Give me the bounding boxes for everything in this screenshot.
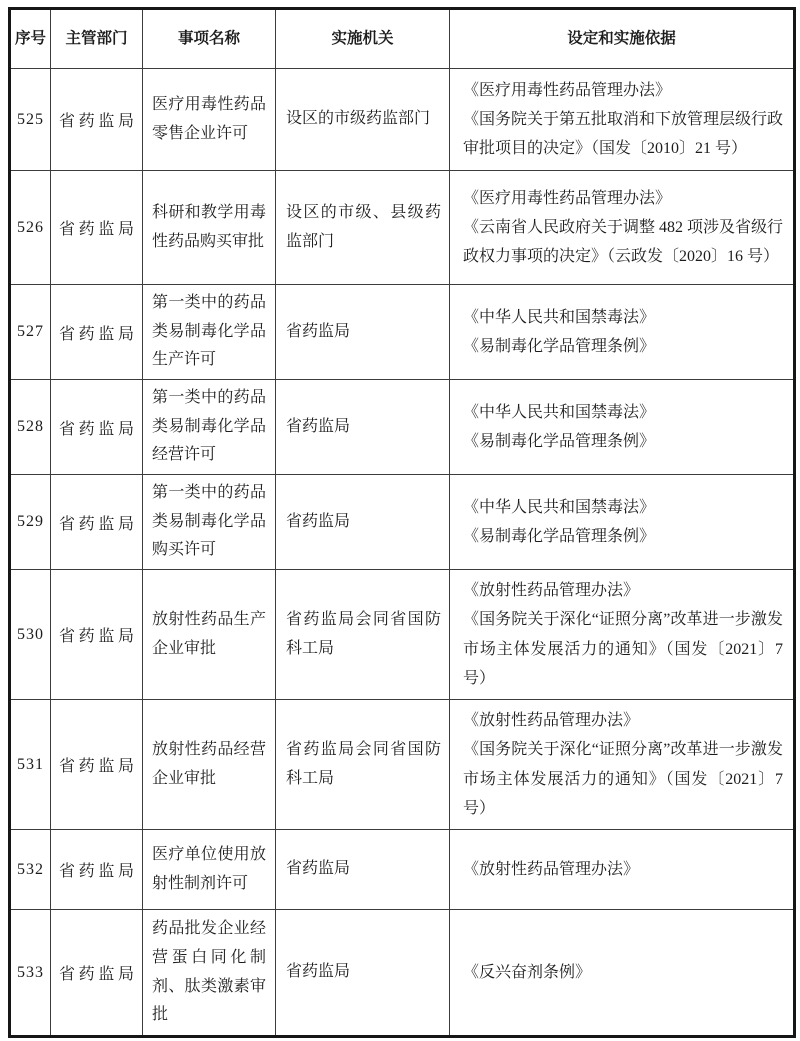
row-no: 533 bbox=[10, 910, 51, 1037]
table-row: 528 省药监局 第一类中的药品类易制毒化学品经营许可 省药监局 《中华人民共和… bbox=[10, 380, 795, 475]
basis-line: 《放射性药品管理办法》 bbox=[463, 855, 783, 884]
row-item-name: 第一类中的药品类易制毒化学品经营许可 bbox=[143, 380, 276, 475]
row-basis: 《中华人民共和国禁毒法》 《易制毒化学品管理条例》 bbox=[450, 380, 795, 475]
basis-line: 《国务院关于第五批取消和下放管理层级行政审批项目的决定》（国发〔2010〕21 … bbox=[463, 105, 783, 163]
table-row: 525 省药监局 医疗用毒性药品零售企业许可 设区的市级药监部门 《医疗用毒性药… bbox=[10, 69, 795, 171]
row-department: 省药监局 bbox=[51, 69, 143, 171]
document-page: { "table": { "headers": ["序号", "主管部门", "… bbox=[0, 0, 800, 1041]
row-department: 省药监局 bbox=[51, 830, 143, 910]
basis-line: 《医疗用毒性药品管理办法》 bbox=[463, 184, 783, 213]
approval-items-table: 序号 主管部门 事项名称 实施机关 设定和实施依据 525 省药监局 医疗用毒性… bbox=[8, 7, 796, 1038]
row-basis: 《医疗用毒性药品管理办法》 《国务院关于第五批取消和下放管理层级行政审批项目的决… bbox=[450, 69, 795, 171]
row-department: 省药监局 bbox=[51, 171, 143, 285]
basis-line: 《医疗用毒性药品管理办法》 bbox=[463, 76, 783, 105]
row-agency: 省药监局 bbox=[276, 830, 450, 910]
table-row: 530 省药监局 放射性药品生产企业审批 省药监局会同省国防科工局 《放射性药品… bbox=[10, 570, 795, 700]
row-no: 531 bbox=[10, 700, 51, 830]
header-cell-agency: 实施机关 bbox=[276, 9, 450, 69]
row-agency: 设区的市级药监部门 bbox=[276, 69, 450, 171]
row-no: 528 bbox=[10, 380, 51, 475]
row-item-name: 放射性药品生产企业审批 bbox=[143, 570, 276, 700]
basis-line: 《中华人民共和国禁毒法》 bbox=[463, 398, 783, 427]
basis-line: 《国务院关于深化“证照分离”改革进一步激发市场主体发展活力的通知》（国发〔202… bbox=[463, 605, 783, 692]
basis-line: 《易制毒化学品管理条例》 bbox=[463, 332, 783, 361]
table-row: 526 省药监局 科研和教学用毒性药品购买审批 设区的市级、县级药监部门 《医疗… bbox=[10, 171, 795, 285]
header-cell-no: 序号 bbox=[10, 9, 51, 69]
basis-line: 《中华人民共和国禁毒法》 bbox=[463, 303, 783, 332]
row-agency: 省药监局 bbox=[276, 910, 450, 1037]
row-no: 532 bbox=[10, 830, 51, 910]
row-department: 省药监局 bbox=[51, 910, 143, 1037]
row-item-name: 医疗用毒性药品零售企业许可 bbox=[143, 69, 276, 171]
row-no: 529 bbox=[10, 475, 51, 570]
row-department: 省药监局 bbox=[51, 475, 143, 570]
row-basis: 《医疗用毒性药品管理办法》 《云南省人民政府关于调整 482 项涉及省级行政权力… bbox=[450, 171, 795, 285]
header-cell-department: 主管部门 bbox=[51, 9, 143, 69]
basis-line: 《云南省人民政府关于调整 482 项涉及省级行政权力事项的决定》（云政发〔202… bbox=[463, 213, 783, 271]
basis-line: 《放射性药品管理办法》 bbox=[463, 576, 783, 605]
header-cell-item-name: 事项名称 bbox=[143, 9, 276, 69]
table-row: 533 省药监局 药品批发企业经营蛋白同化制剂、肽类激素审批 省药监局 《反兴奋… bbox=[10, 910, 795, 1037]
row-agency: 省药监局 bbox=[276, 285, 450, 380]
row-department: 省药监局 bbox=[51, 700, 143, 830]
row-item-name: 药品批发企业经营蛋白同化制剂、肽类激素审批 bbox=[143, 910, 276, 1037]
basis-line: 《易制毒化学品管理条例》 bbox=[463, 522, 783, 551]
row-basis: 《中华人民共和国禁毒法》 《易制毒化学品管理条例》 bbox=[450, 475, 795, 570]
basis-line: 《国务院关于深化“证照分离”改革进一步激发市场主体发展活力的通知》（国发〔202… bbox=[463, 735, 783, 822]
row-agency: 省药监局 bbox=[276, 475, 450, 570]
row-item-name: 第一类中的药品类易制毒化学品购买许可 bbox=[143, 475, 276, 570]
row-basis: 《放射性药品管理办法》 bbox=[450, 830, 795, 910]
row-department: 省药监局 bbox=[51, 570, 143, 700]
table-row: 532 省药监局 医疗单位使用放射性制剂许可 省药监局 《放射性药品管理办法》 bbox=[10, 830, 795, 910]
header-cell-basis: 设定和实施依据 bbox=[450, 9, 795, 69]
row-department: 省药监局 bbox=[51, 380, 143, 475]
table-row: 531 省药监局 放射性药品经营企业审批 省药监局会同省国防科工局 《放射性药品… bbox=[10, 700, 795, 830]
header-row: 序号 主管部门 事项名称 实施机关 设定和实施依据 bbox=[10, 9, 795, 69]
row-no: 530 bbox=[10, 570, 51, 700]
row-item-name: 第一类中的药品类易制毒化学品生产许可 bbox=[143, 285, 276, 380]
row-agency: 省药监局会同省国防科工局 bbox=[276, 700, 450, 830]
basis-line: 《放射性药品管理办法》 bbox=[463, 706, 783, 735]
row-agency: 省药监局会同省国防科工局 bbox=[276, 570, 450, 700]
table-row: 527 省药监局 第一类中的药品类易制毒化学品生产许可 省药监局 《中华人民共和… bbox=[10, 285, 795, 380]
row-no: 526 bbox=[10, 171, 51, 285]
table-row: 529 省药监局 第一类中的药品类易制毒化学品购买许可 省药监局 《中华人民共和… bbox=[10, 475, 795, 570]
row-item-name: 放射性药品经营企业审批 bbox=[143, 700, 276, 830]
row-item-name: 科研和教学用毒性药品购买审批 bbox=[143, 171, 276, 285]
row-agency: 设区的市级、县级药监部门 bbox=[276, 171, 450, 285]
basis-line: 《中华人民共和国禁毒法》 bbox=[463, 493, 783, 522]
basis-line: 《反兴奋剂条例》 bbox=[463, 958, 783, 987]
row-department: 省药监局 bbox=[51, 285, 143, 380]
row-basis: 《反兴奋剂条例》 bbox=[450, 910, 795, 1037]
row-agency: 省药监局 bbox=[276, 380, 450, 475]
row-basis: 《放射性药品管理办法》 《国务院关于深化“证照分离”改革进一步激发市场主体发展活… bbox=[450, 570, 795, 700]
row-no: 525 bbox=[10, 69, 51, 171]
row-basis: 《放射性药品管理办法》 《国务院关于深化“证照分离”改革进一步激发市场主体发展活… bbox=[450, 700, 795, 830]
row-no: 527 bbox=[10, 285, 51, 380]
basis-line: 《易制毒化学品管理条例》 bbox=[463, 427, 783, 456]
row-basis: 《中华人民共和国禁毒法》 《易制毒化学品管理条例》 bbox=[450, 285, 795, 380]
row-item-name: 医疗单位使用放射性制剂许可 bbox=[143, 830, 276, 910]
